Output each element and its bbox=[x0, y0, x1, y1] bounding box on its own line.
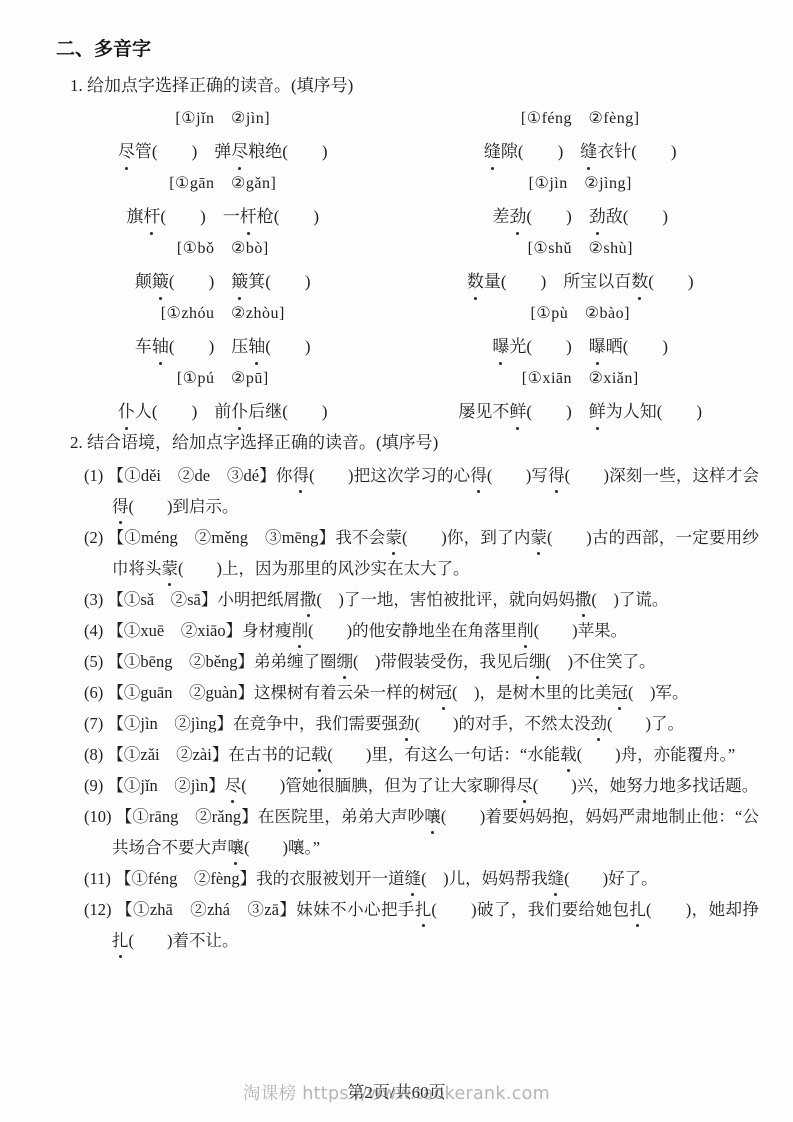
pinyin-options: [①xiān ②xiǎn] bbox=[402, 363, 760, 395]
dotted-char: 扎 bbox=[112, 925, 129, 956]
dotted-char: 杆 bbox=[240, 200, 257, 233]
item-text: 【①bēng ②běng】弟弟缠了圈绷( )带假装受伤，我见后绷( )不住笑了。 bbox=[107, 652, 655, 671]
dotted-char: 冠 bbox=[436, 677, 453, 708]
dotted-char: 削 bbox=[517, 615, 534, 646]
pinyin-group-row: [①zhóu ②zhòu]车轴( ) 压轴( )[①pù ②bào]曝光( ) … bbox=[44, 298, 759, 363]
question-item: (4) 【①xuē ②xiāo】身材瘦削( )的他安静地坐在角落里削( )苹果。 bbox=[84, 615, 759, 646]
item-text: 【①méng ②měng ③mēng】我不会蒙( )你，到了内蒙( )古的西部，… bbox=[108, 528, 759, 578]
dotted-char: 蒙 bbox=[531, 522, 548, 553]
pinyin-options: [①jìn ②jìng] bbox=[402, 168, 760, 200]
dotted-char: 绷 bbox=[337, 646, 354, 677]
question1-heading: 1. 给加点字选择正确的读音。(填序号) bbox=[70, 71, 759, 101]
dotted-char: 绷 bbox=[529, 646, 546, 677]
word-blanks: 旗杆( ) 一杆枪( ) bbox=[44, 200, 402, 233]
item-number: (12) bbox=[84, 900, 116, 919]
dotted-char: 缝 bbox=[548, 863, 565, 894]
dotted-char: 得 bbox=[470, 460, 487, 491]
question2-heading: 2. 结合语境，给加点字选择正确的读音。(填序号) bbox=[70, 428, 759, 458]
pinyin-group-row: [①bǒ ②bò]颠簸( ) 簸箕( )[①shǔ ②shù]数量( ) 所宝以… bbox=[44, 233, 759, 298]
dotted-char: 簸 bbox=[231, 265, 248, 298]
dotted-char: 劲 bbox=[398, 708, 415, 739]
pinyin-options: [①zhóu ②zhòu] bbox=[44, 298, 402, 330]
pinyin-options: [①shǔ ②shù] bbox=[402, 233, 760, 265]
question-item: (1) 【①děi ②de ③dé】你得( )把这次学习的心得( )写得( )深… bbox=[84, 460, 759, 522]
page-footer: 淘课榜 https://www.taokerank.com 第2页/共60页 bbox=[0, 1080, 793, 1106]
question-item: (2) 【①méng ②měng ③mēng】我不会蒙( )你，到了内蒙( )古… bbox=[84, 522, 759, 584]
word-blanks: 颠簸( ) 簸箕( ) bbox=[44, 265, 402, 298]
dotted-char: 鲜 bbox=[589, 395, 606, 428]
page-number: 第2页/共60页 bbox=[347, 1078, 445, 1103]
dotted-char: 劲 bbox=[589, 200, 606, 233]
question-item: (5) 【①bēng ②běng】弟弟缠了圈绷( )带假装受伤，我见后绷( )不… bbox=[84, 646, 759, 677]
dotted-char: 削 bbox=[292, 615, 309, 646]
dotted-char: 仆 bbox=[231, 395, 248, 428]
pinyin-group: [①pú ②pū]仆人( ) 前仆后继( ) bbox=[44, 363, 402, 428]
item-number: (10) bbox=[84, 807, 116, 826]
item-number: (8) bbox=[84, 745, 107, 764]
item-number: (7) bbox=[84, 714, 107, 733]
word-blanks: 车轴( ) 压轴( ) bbox=[44, 330, 402, 363]
item-text: 【①zǎi ②zài】在古书的记载( )里，有这么一句话：“水能载( )舟，亦能… bbox=[107, 745, 735, 764]
item-text: 【①jìn ②jìng】在竞争中，我们需要强劲( )的对手，不然太没劲( )了。 bbox=[107, 714, 684, 733]
word-blanks: 缝隙( ) 缝衣针( ) bbox=[402, 135, 760, 168]
pinyin-group: [①féng ②fèng]缝隙( ) 缝衣针( ) bbox=[402, 103, 760, 168]
pinyin-options: [①féng ②fèng] bbox=[402, 103, 760, 135]
dotted-char: 嚷 bbox=[228, 832, 245, 863]
question-item: (12) 【①zhā ②zhá ③zā】妹妹不小心把手扎( )破了，我们要给她包… bbox=[84, 894, 759, 956]
dotted-char: 尽 bbox=[118, 135, 135, 168]
item-text: 【①guān ②guàn】这棵树有着云朵一样的树冠( )，是树木里的比美冠( )… bbox=[107, 683, 688, 702]
pinyin-options: [①bǒ ②bò] bbox=[44, 233, 402, 265]
dotted-char: 缝 bbox=[580, 135, 597, 168]
word-blanks: 差劲( ) 劲敌( ) bbox=[402, 200, 760, 233]
dotted-char: 尽 bbox=[516, 770, 533, 801]
dotted-char: 鲜 bbox=[509, 395, 526, 428]
dotted-char: 曝 bbox=[492, 330, 509, 363]
item-text: 【①jǐn ②jìn】尽( )管她很腼腆，但为了让大家聊得尽( )兴，她努力地多… bbox=[107, 776, 758, 795]
dotted-char: 扎 bbox=[629, 894, 646, 925]
dotted-char: 缝 bbox=[405, 863, 422, 894]
item-number: (4) bbox=[84, 621, 107, 640]
dotted-char: 得 bbox=[293, 460, 310, 491]
dotted-char: 数 bbox=[631, 265, 648, 298]
question-item: (6) 【①guān ②guàn】这棵树有着云朵一样的树冠( )，是树木里的比美… bbox=[84, 677, 759, 708]
dotted-char: 尽 bbox=[225, 770, 242, 801]
item-number: (9) bbox=[84, 776, 107, 795]
pinyin-group-row: [①gān ②gǎn]旗杆( ) 一杆枪( )[①jìn ②jìng]差劲( )… bbox=[44, 168, 759, 233]
word-blanks: 尽管( ) 弹尽粮绝( ) bbox=[44, 135, 402, 168]
question-item: (3) 【①sǎ ②sā】小明把纸屑撒( )了一地，害怕被批评，就向妈妈撒( )… bbox=[84, 584, 759, 615]
question-item: (7) 【①jìn ②jìng】在竞争中，我们需要强劲( )的对手，不然太没劲(… bbox=[84, 708, 759, 739]
pinyin-options: [①pù ②bào] bbox=[402, 298, 760, 330]
pinyin-group: [①pù ②bào]曝光( ) 曝晒( ) bbox=[402, 298, 760, 363]
pinyin-group: [①gān ②gǎn]旗杆( ) 一杆枪( ) bbox=[44, 168, 402, 233]
question-item: (8) 【①zǎi ②zài】在古书的记载( )里，有这么一句话：“水能载( )… bbox=[84, 739, 759, 770]
pinyin-group: [①bǒ ②bò]颠簸( ) 簸箕( ) bbox=[44, 233, 402, 298]
dotted-char: 蒙 bbox=[386, 522, 403, 553]
dotted-char: 载 bbox=[311, 739, 328, 770]
item-text: 【①xuē ②xiāo】身材瘦削( )的他安静地坐在角落里削( )苹果。 bbox=[107, 621, 627, 640]
pinyin-options: [①jǐn ②jìn] bbox=[44, 103, 402, 135]
item-text: 【①děi ②de ③dé】你得( )把这次学习的心得( )写得( )深刻一些，… bbox=[108, 466, 759, 516]
dotted-char: 载 bbox=[560, 739, 577, 770]
pinyin-group: [①jìn ②jìng]差劲( ) 劲敌( ) bbox=[402, 168, 760, 233]
dotted-char: 曝 bbox=[589, 330, 606, 363]
question-item: (10) 【①rāng ②rǎng】在医院里，弟弟大声吵嚷( )着要妈妈抱，妈妈… bbox=[84, 801, 759, 863]
item-number: (11) bbox=[84, 869, 115, 888]
dotted-char: 撒 bbox=[300, 584, 317, 615]
word-blanks: 数量( ) 所宝以百数( ) bbox=[402, 265, 760, 298]
dotted-char: 得 bbox=[548, 460, 565, 491]
question-item: (9) 【①jǐn ②jìn】尽( )管她很腼腆，但为了让大家聊得尽( )兴，她… bbox=[84, 770, 759, 801]
dotted-char: 蒙 bbox=[162, 553, 179, 584]
item-text: 【①rāng ②rǎng】在医院里，弟弟大声吵嚷( )着要妈妈抱，妈妈严肃地制止… bbox=[112, 807, 759, 857]
item-number: (1) bbox=[84, 466, 108, 485]
dotted-char: 冠 bbox=[612, 677, 629, 708]
section-title: 二、多音字 bbox=[56, 34, 759, 61]
pinyin-group: [①shǔ ②shù]数量( ) 所宝以百数( ) bbox=[402, 233, 760, 298]
pinyin-options: [①gān ②gǎn] bbox=[44, 168, 402, 200]
pinyin-groups-container: [①jǐn ②jìn]尽管( ) 弹尽粮绝( )[①féng ②fèng]缝隙(… bbox=[44, 103, 759, 428]
dotted-char: 尽 bbox=[231, 135, 248, 168]
item-number: (2) bbox=[84, 528, 108, 547]
item-number: (5) bbox=[84, 652, 107, 671]
context-questions-container: (1) 【①děi ②de ③dé】你得( )把这次学习的心得( )写得( )深… bbox=[44, 460, 759, 956]
pinyin-group: [①zhóu ②zhòu]车轴( ) 压轴( ) bbox=[44, 298, 402, 363]
dotted-char: 数 bbox=[467, 265, 484, 298]
word-blanks: 屡见不鲜( ) 鲜为人知( ) bbox=[402, 395, 760, 428]
pinyin-group: [①xiān ②xiǎn]屡见不鲜( ) 鲜为人知( ) bbox=[402, 363, 760, 428]
item-text: 【①zhā ②zhá ③zā】妹妹不小心把手扎( )破了，我们要给她包扎( )，… bbox=[112, 900, 759, 950]
dotted-char: 劲 bbox=[590, 708, 607, 739]
word-blanks: 仆人( ) 前仆后继( ) bbox=[44, 395, 402, 428]
word-blanks: 曝光( ) 曝晒( ) bbox=[402, 330, 760, 363]
pinyin-group-row: [①jǐn ②jìn]尽管( ) 弹尽粮绝( )[①féng ②fèng]缝隙(… bbox=[44, 103, 759, 168]
dotted-char: 仆 bbox=[118, 395, 135, 428]
item-number: (3) bbox=[84, 590, 107, 609]
question-item: (11) 【①féng ②fèng】我的衣服被划开一道缝( )儿，妈妈帮我缝( … bbox=[84, 863, 759, 894]
pinyin-group-row: [①pú ②pū]仆人( ) 前仆后继( )[①xiān ②xiǎn]屡见不鲜(… bbox=[44, 363, 759, 428]
item-text: 【①féng ②fèng】我的衣服被划开一道缝( )儿，妈妈帮我缝( )好了。 bbox=[115, 869, 658, 888]
item-number: (6) bbox=[84, 683, 107, 702]
dotted-char: 缝 bbox=[484, 135, 501, 168]
dotted-char: 轴 bbox=[152, 330, 169, 363]
dotted-char: 撒 bbox=[575, 584, 592, 615]
dotted-char: 得 bbox=[112, 491, 129, 522]
dotted-char: 扎 bbox=[415, 894, 432, 925]
dotted-char: 嚷 bbox=[424, 801, 441, 832]
pinyin-group: [①jǐn ②jìn]尽管( ) 弹尽粮绝( ) bbox=[44, 103, 402, 168]
dotted-char: 轴 bbox=[248, 330, 265, 363]
worksheet-page: 二、多音字 1. 给加点字选择正确的读音。(填序号) [①jǐn ②jìn]尽管… bbox=[0, 0, 793, 1122]
item-text: 【①sǎ ②sā】小明把纸屑撒( )了一地，害怕被批评，就向妈妈撒( )了谎。 bbox=[107, 590, 668, 609]
dotted-char: 杆 bbox=[143, 200, 160, 233]
dotted-char: 劲 bbox=[509, 200, 526, 233]
pinyin-options: [①pú ②pū] bbox=[44, 363, 402, 395]
dotted-char: 簸 bbox=[152, 265, 169, 298]
